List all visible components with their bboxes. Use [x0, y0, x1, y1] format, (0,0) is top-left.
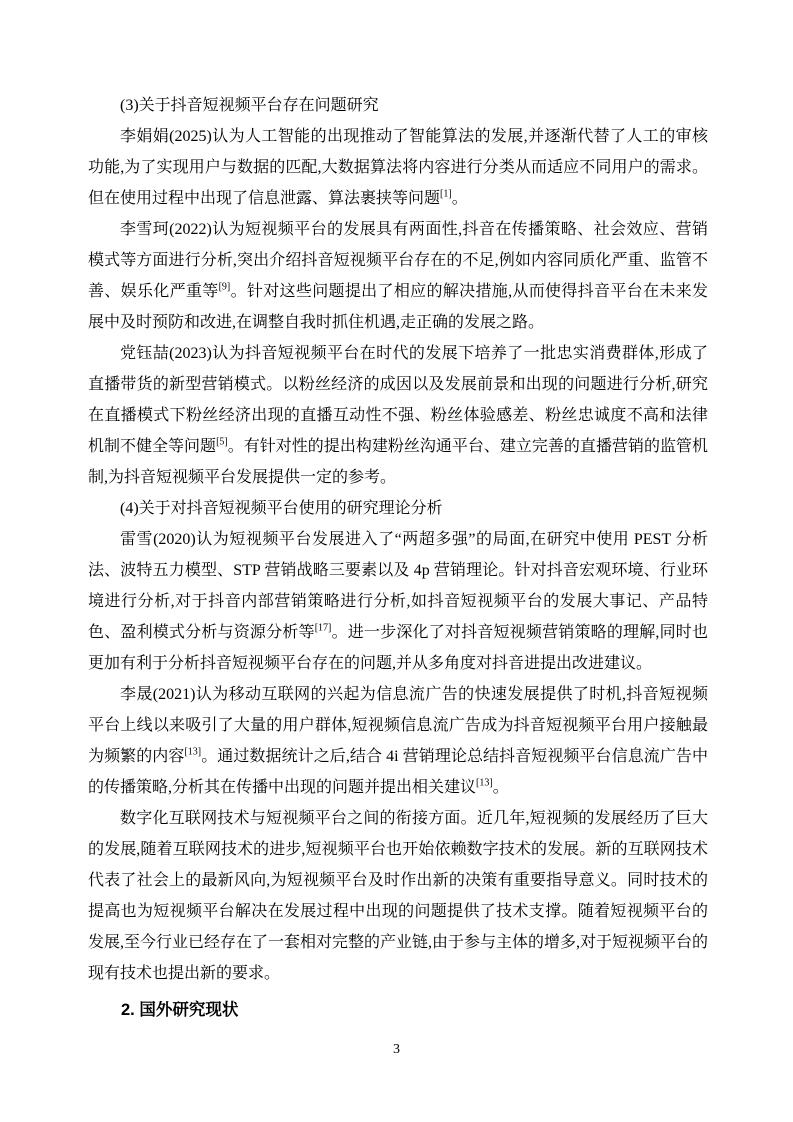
paragraph-lisheng: 李晟(2021)认为移动互联网的兴起为信息流广告的快速发展提供了时机,抖音短视频…	[88, 679, 708, 803]
citation-superscript: [5]	[216, 437, 228, 448]
page-number: 3	[0, 1042, 793, 1058]
subheading-item-3: (3)关于抖音短视频平台存在问题研究	[88, 90, 708, 121]
citation-superscript: [17]	[315, 623, 332, 634]
document-body: (3)关于抖音短视频平台存在问题研究李娟娟(2025)认为人工智能的出现推动了智…	[88, 90, 708, 1026]
section-heading-foreign-research: 2. 国外研究现状	[88, 995, 708, 1026]
paragraph-leixue: 雷雪(2020)认为短视频平台发展进入了“两超多强”的局面,在研究中使用 PES…	[88, 524, 708, 679]
paragraph-lixueke: 李雪珂(2022)认为短视频平台的发展具有两面性,抖音在传播策略、社会效应、营销…	[88, 214, 708, 338]
paragraph-lijuanjuan: 李娟娟(2025)认为人工智能的出现推动了智能算法的发展,并逐渐代替了人工的审核…	[88, 121, 708, 214]
citation-superscript: [9]	[219, 282, 231, 293]
citation-superscript: [1]	[440, 189, 452, 200]
citation-superscript: [13]	[184, 747, 201, 758]
citation-superscript: [13]	[476, 778, 493, 789]
paragraph-digital-internet: 数字化互联网技术与短视频平台之间的衔接方面。近几年,短视频的发展经历了巨大的发展…	[88, 803, 708, 989]
paragraph-dangyuzhe: 党钰喆(2023)认为抖音短视频平台在时代的发展下培养了一批忠实消费群体,形成了…	[88, 338, 708, 493]
document-page: (3)关于抖音短视频平台存在问题研究李娟娟(2025)认为人工智能的出现推动了智…	[0, 0, 793, 1122]
subheading-item-4: (4)关于对抖音短视频平台使用的研究理论分析	[88, 493, 708, 524]
